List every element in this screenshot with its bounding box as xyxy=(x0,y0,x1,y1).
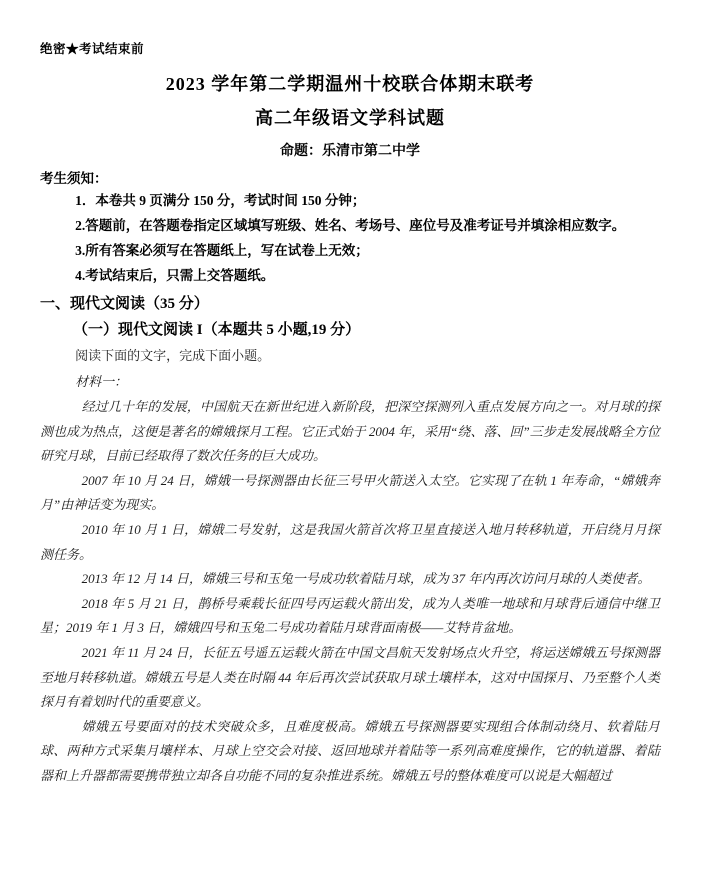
subsection-heading-reading-1: （一）现代文阅读 I（本题共 5 小题,19 分） xyxy=(40,317,660,343)
exam-title-line2: 高二年级语文学科试题 xyxy=(40,106,660,130)
passage-paragraph-5: 2018 年 5 月 21 日，鹊桥号乘载长征四号丙运载火箭出发，成为人类唯一地… xyxy=(40,592,660,641)
passage-paragraph-3: 2010 年 10 月 1 日，嫦娥二号发射，这是我国火箭首次将卫星直接送入地月… xyxy=(40,518,660,567)
passage-paragraph-4: 2013 年 12 月 14 日，嫦娥三号和玉兔一号成功软着陆月球，成为 37 … xyxy=(40,567,660,592)
passage-paragraph-7: 嫦娥五号要面对的技术突破众多，且难度极高。嫦娥五号探测器要实现组合体制动绕月、软… xyxy=(40,715,660,789)
section-heading-modern-reading: 一、现代文阅读（35 分） xyxy=(40,291,660,317)
reading-instruction: 阅读下面的文字，完成下面小题。 xyxy=(40,343,660,369)
exam-title-line1: 2023 学年第二学期温州十校联合体期末联考 xyxy=(40,72,660,96)
notice-item-2: 2.答题前，在答题卷指定区域填写班级、姓名、考场号、座位号及准考证号并填涂相应数… xyxy=(40,213,660,238)
exam-setter-line: 命题：乐清市第二中学 xyxy=(40,142,660,161)
notice-item-1: 1．本卷共 9 页满分 150 分，考试时间 150 分钟； xyxy=(40,188,660,213)
candidate-notice-heading: 考生须知： xyxy=(40,169,660,188)
exam-paper-page: 绝密★考试结束前 2023 学年第二学期温州十校联合体期末联考 高二年级语文学科… xyxy=(0,0,701,877)
notice-item-3: 3.所有答案必须写在答题纸上，写在试卷上无效； xyxy=(40,238,660,263)
passage-paragraph-2: 2007 年 10 月 24 日，嫦娥一号探测器由长征三号甲火箭送入太空。它实现… xyxy=(40,469,660,518)
secrecy-label: 绝密★考试结束前 xyxy=(40,42,660,57)
passage-paragraph-6: 2021 年 11 月 24 日，长征五号遥五运载火箭在中国文昌航天发射场点火升… xyxy=(40,641,660,715)
notice-item-4: 4.考试结束后，只需上交答题纸。 xyxy=(40,263,660,288)
material-one-label: 材料一： xyxy=(40,369,660,395)
passage-paragraph-1: 经过几十年的发展，中国航天在新世纪进入新阶段，把深空探测列入重点发展方向之一。对… xyxy=(40,395,660,469)
